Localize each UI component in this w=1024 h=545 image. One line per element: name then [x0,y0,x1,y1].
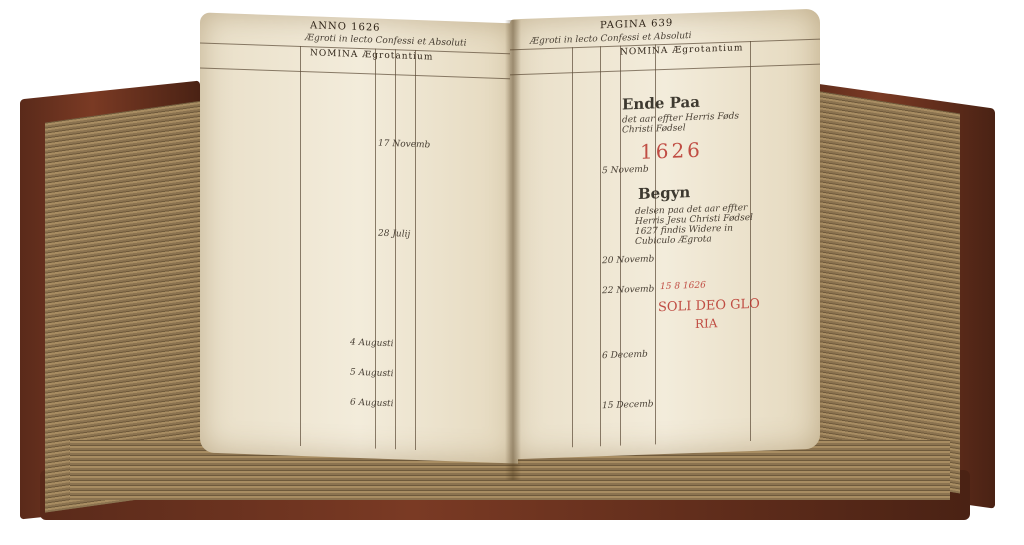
right-entry: 5 Novemb [602,165,649,177]
left-header-year: ANNO 1626 [310,20,381,33]
annotation-end-title: Ende Paa [622,93,700,114]
annotation-begin-text: delsen paa det aar effter Herris Jesu Ch… [635,203,755,247]
left-entry: 4 Augusti [350,338,394,350]
right-page: PAGINA 639 Ægroti in lecto Confessi et A… [510,9,820,460]
right-entry: 15 Decemb [602,399,654,411]
left-entry: 17 Novemb [378,139,430,151]
closing-line-2: RIA [695,316,717,331]
left-page: ANNO 1626 Ægroti in lecto Confessi et Ab… [200,12,518,463]
annotation-end-year: 1626 [640,138,703,164]
left-entry: 6 Augusti [350,398,394,410]
annotation-end-text: det aar effter Herris Føds Christi Fødse… [622,111,742,135]
right-header-page: PAGINA 639 [600,18,673,32]
left-entry: 28 Julij [378,229,410,240]
book-photo: ANNO 1626 Ægroti in lecto Confessi et Ab… [0,0,1024,545]
book-spine-shadow [505,20,521,480]
right-entry: 22 Novemb [602,284,654,296]
right-entry: 20 Novemb [602,254,654,266]
left-entry: 5 Augusti [350,368,394,380]
annotation-begin-title: Begyn [638,183,690,203]
annotation-begin-ref: 15 8 1626 [660,281,706,293]
right-entry: 6 Decemb [602,350,648,362]
closing-line-1: SOLI DEO GLO [658,297,760,316]
